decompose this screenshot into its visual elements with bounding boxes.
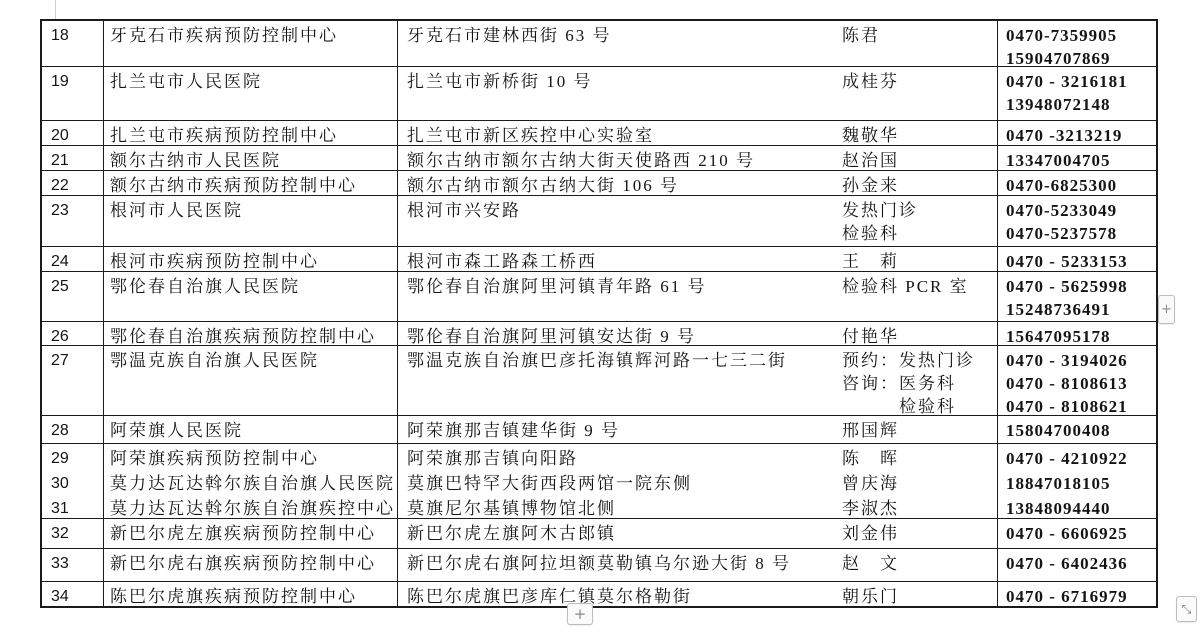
org-name: 莫力达瓦达斡尔族自治旗人民医院 [104,469,398,494]
org-name: 陈巴尔虎旗疾病预防控制中心 [104,582,398,606]
org-address: 莫旗尼尔基镇博物馆北侧 [398,494,838,518]
org-name: 莫力达瓦达斡尔族自治旗疾控中心 [104,494,398,518]
org-address: 鄂温克族自治旗巴彦托海镇辉河路一七三二街 [398,346,838,415]
org-name: 新巴尔虎右旗疾病预防控制中心 [104,549,398,581]
document-page: 18 牙克石市疾病预防控制中心 牙克石市建林西街 63 号 陈君 0470-73… [0,0,1200,633]
row-number: 29 [42,444,104,469]
phone-number: 0470 - 321618113948072148 [998,67,1156,120]
phone-number: 0470 - 6402436 [998,549,1156,581]
row-number: 22 [42,171,104,195]
table-resize-handle-icon[interactable]: ⤡ [1176,596,1197,622]
phone-number: 0470-735990515904707869 [998,21,1156,66]
table-row: 20 扎兰屯市疾病预防控制中心 扎兰屯市新区疾控中心实验室 魏敬华 0470 -… [42,121,1156,146]
row-number: 27 [42,346,104,415]
row-number: 33 [42,549,104,581]
org-name: 阿荣旗人民医院 [104,416,398,443]
table-row: 27 鄂温克族自治旗人民医院 鄂温克族自治旗巴彦托海镇辉河路一七三二街 预约：发… [42,346,1156,416]
phone-number: 15647095178 [998,322,1156,345]
page-margin-line [55,0,56,19]
org-address: 鄂伦春自治旗阿里河镇青年路 61 号 [398,272,838,321]
contact-person: 赵 文 [838,549,998,581]
org-address: 阿荣旗那吉镇向阳路 [398,444,838,469]
contact-person: 刘金伟 [838,519,998,548]
org-name: 额尔古纳市疾病预防控制中心 [104,171,398,195]
contact-person: 赵治国 [838,146,998,170]
table-row: 24 根河市疾病预防控制中心 根河市森工路森工桥西 王 莉 0470 - 523… [42,247,1156,272]
org-address: 扎兰屯市新区疾控中心实验室 [398,121,838,145]
table-row: 23 根河市人民医院 根河市兴安路 发热门诊检验科 0470-523304904… [42,196,1156,247]
row-number: 18 [42,21,104,66]
org-address: 额尔古纳市额尔古纳大街 106 号 [398,171,838,195]
row-number: 30 [42,469,104,494]
contact-person: 邢国辉 [838,416,998,443]
phone-number: 0470-6825300 [998,171,1156,195]
contact-person: 李淑杰 [838,494,998,518]
phone-number: 0470 - 6716979 [998,582,1156,606]
table-row: 32 新巴尔虎左旗疾病预防控制中心 新巴尔虎左旗阿木古郎镇 刘金伟 0470 -… [42,519,1156,549]
table-row: 19 扎兰屯市人民医院 扎兰屯市新桥街 10 号 成桂芬 0470 - 3216… [42,67,1156,121]
org-address: 新巴尔虎左旗阿木古郎镇 [398,519,838,548]
phone-number: 13848094440 [998,494,1156,518]
phone-number: 0470 - 4210922 [998,444,1156,469]
row-number: 28 [42,416,104,443]
row-number: 20 [42,121,104,145]
row-number: 26 [42,322,104,345]
table-row: 28 阿荣旗人民医院 阿荣旗那吉镇建华街 9 号 邢国辉 15804700408 [42,416,1156,444]
org-name: 扎兰屯市疾病预防控制中心 [104,121,398,145]
contact-person: 孙金来 [838,171,998,195]
contact-person: 付艳华 [838,322,998,345]
phone-number: 0470 - 562599815248736491 [998,272,1156,321]
table-row: 25 鄂伦春自治旗人民医院 鄂伦春自治旗阿里河镇青年路 61 号 检验科 PCR… [42,272,1156,322]
org-address: 根河市森工路森工桥西 [398,247,838,271]
org-name: 额尔古纳市人民医院 [104,146,398,170]
org-name: 根河市人民医院 [104,196,398,246]
org-name: 鄂伦春自治旗人民医院 [104,272,398,321]
contact-person: 曾庆海 [838,469,998,494]
phone-number: 0470 - 6606925 [998,519,1156,548]
org-address: 陈巴尔虎旗巴彦库仁镇莫尔格勒街 [398,582,838,606]
contact-person: 发热门诊检验科 [838,196,998,246]
org-name: 新巴尔虎左旗疾病预防控制中心 [104,519,398,548]
org-address: 新巴尔虎右旗阿拉坦额莫勒镇乌尔逊大街 8 号 [398,549,838,581]
contact-person: 陈 晖 [838,444,998,469]
contact-person: 成桂芬 [838,67,998,120]
phone-number: 13347004705 [998,146,1156,170]
org-address: 牙克石市建林西街 63 号 [398,21,838,66]
contact-person: 陈君 [838,21,998,66]
row-number: 23 [42,196,104,246]
org-name: 根河市疾病预防控制中心 [104,247,398,271]
row-number: 21 [42,146,104,170]
row-number: 19 [42,67,104,120]
contact-person: 魏敬华 [838,121,998,145]
table-row: 26 鄂伦春自治旗疾病预防控制中心 鄂伦春自治旗阿里河镇安达街 9 号 付艳华 … [42,322,1156,346]
add-column-button[interactable]: + [1158,295,1175,324]
table-row: 33 新巴尔虎右旗疾病预防控制中心 新巴尔虎右旗阿拉坦额莫勒镇乌尔逊大街 8 号… [42,549,1156,582]
table-row: 21 额尔古纳市人民医院 额尔古纳市额尔古纳大街天使路西 210 号 赵治国 1… [42,146,1156,171]
row-number: 31 [42,494,104,518]
org-address: 额尔古纳市额尔古纳大街天使路西 210 号 [398,146,838,170]
contact-person: 检验科 PCR 室 [838,272,998,321]
add-row-button[interactable]: + [567,603,593,625]
table-row: 18 牙克石市疾病预防控制中心 牙克石市建林西街 63 号 陈君 0470-73… [42,21,1156,67]
contact-person: 朝乐门 [838,582,998,606]
row-number: 34 [42,582,104,606]
phone-number: 0470 - 5233153 [998,247,1156,271]
org-address: 莫旗巴特罕大街西段两馆一院东侧 [398,469,838,494]
org-name: 鄂伦春自治旗疾病预防控制中心 [104,322,398,345]
phone-number: 18847018105 [998,469,1156,494]
phone-number: 15804700408 [998,416,1156,443]
row-number: 24 [42,247,104,271]
table-row: 31 莫力达瓦达斡尔族自治旗疾控中心 莫旗尼尔基镇博物馆北侧 李淑杰 13848… [42,494,1156,519]
org-address: 鄂伦春自治旗阿里河镇安达街 9 号 [398,322,838,345]
contact-person: 预约：发热门诊咨询：医务科 检验科 [838,346,998,415]
org-name: 扎兰屯市人民医院 [104,67,398,120]
phone-number: 0470-52330490470-5237578 [998,196,1156,246]
row-number: 32 [42,519,104,548]
org-name: 牙克石市疾病预防控制中心 [104,21,398,66]
row-number: 25 [42,272,104,321]
table-row: 34 陈巴尔虎旗疾病预防控制中心 陈巴尔虎旗巴彦库仁镇莫尔格勒街 朝乐门 047… [42,582,1156,606]
phone-number: 0470 - 31940260470 - 81086130470 - 81086… [998,346,1156,415]
org-name: 阿荣旗疾病预防控制中心 [104,444,398,469]
table-row: 22 额尔古纳市疾病预防控制中心 额尔古纳市额尔古纳大街 106 号 孙金来 0… [42,171,1156,196]
org-address: 扎兰屯市新桥街 10 号 [398,67,838,120]
table-row: 29 阿荣旗疾病预防控制中心 阿荣旗那吉镇向阳路 陈 晖 0470 - 4210… [42,444,1156,469]
org-name: 鄂温克族自治旗人民医院 [104,346,398,415]
phone-number: 0470 -3213219 [998,121,1156,145]
contact-person: 王 莉 [838,247,998,271]
contact-directory-table: 18 牙克石市疾病预防控制中心 牙克石市建林西街 63 号 陈君 0470-73… [40,19,1158,608]
table-row: 30 莫力达瓦达斡尔族自治旗人民医院 莫旗巴特罕大街西段两馆一院东侧 曾庆海 1… [42,469,1156,494]
org-address: 根河市兴安路 [398,196,838,246]
org-address: 阿荣旗那吉镇建华街 9 号 [398,416,838,443]
